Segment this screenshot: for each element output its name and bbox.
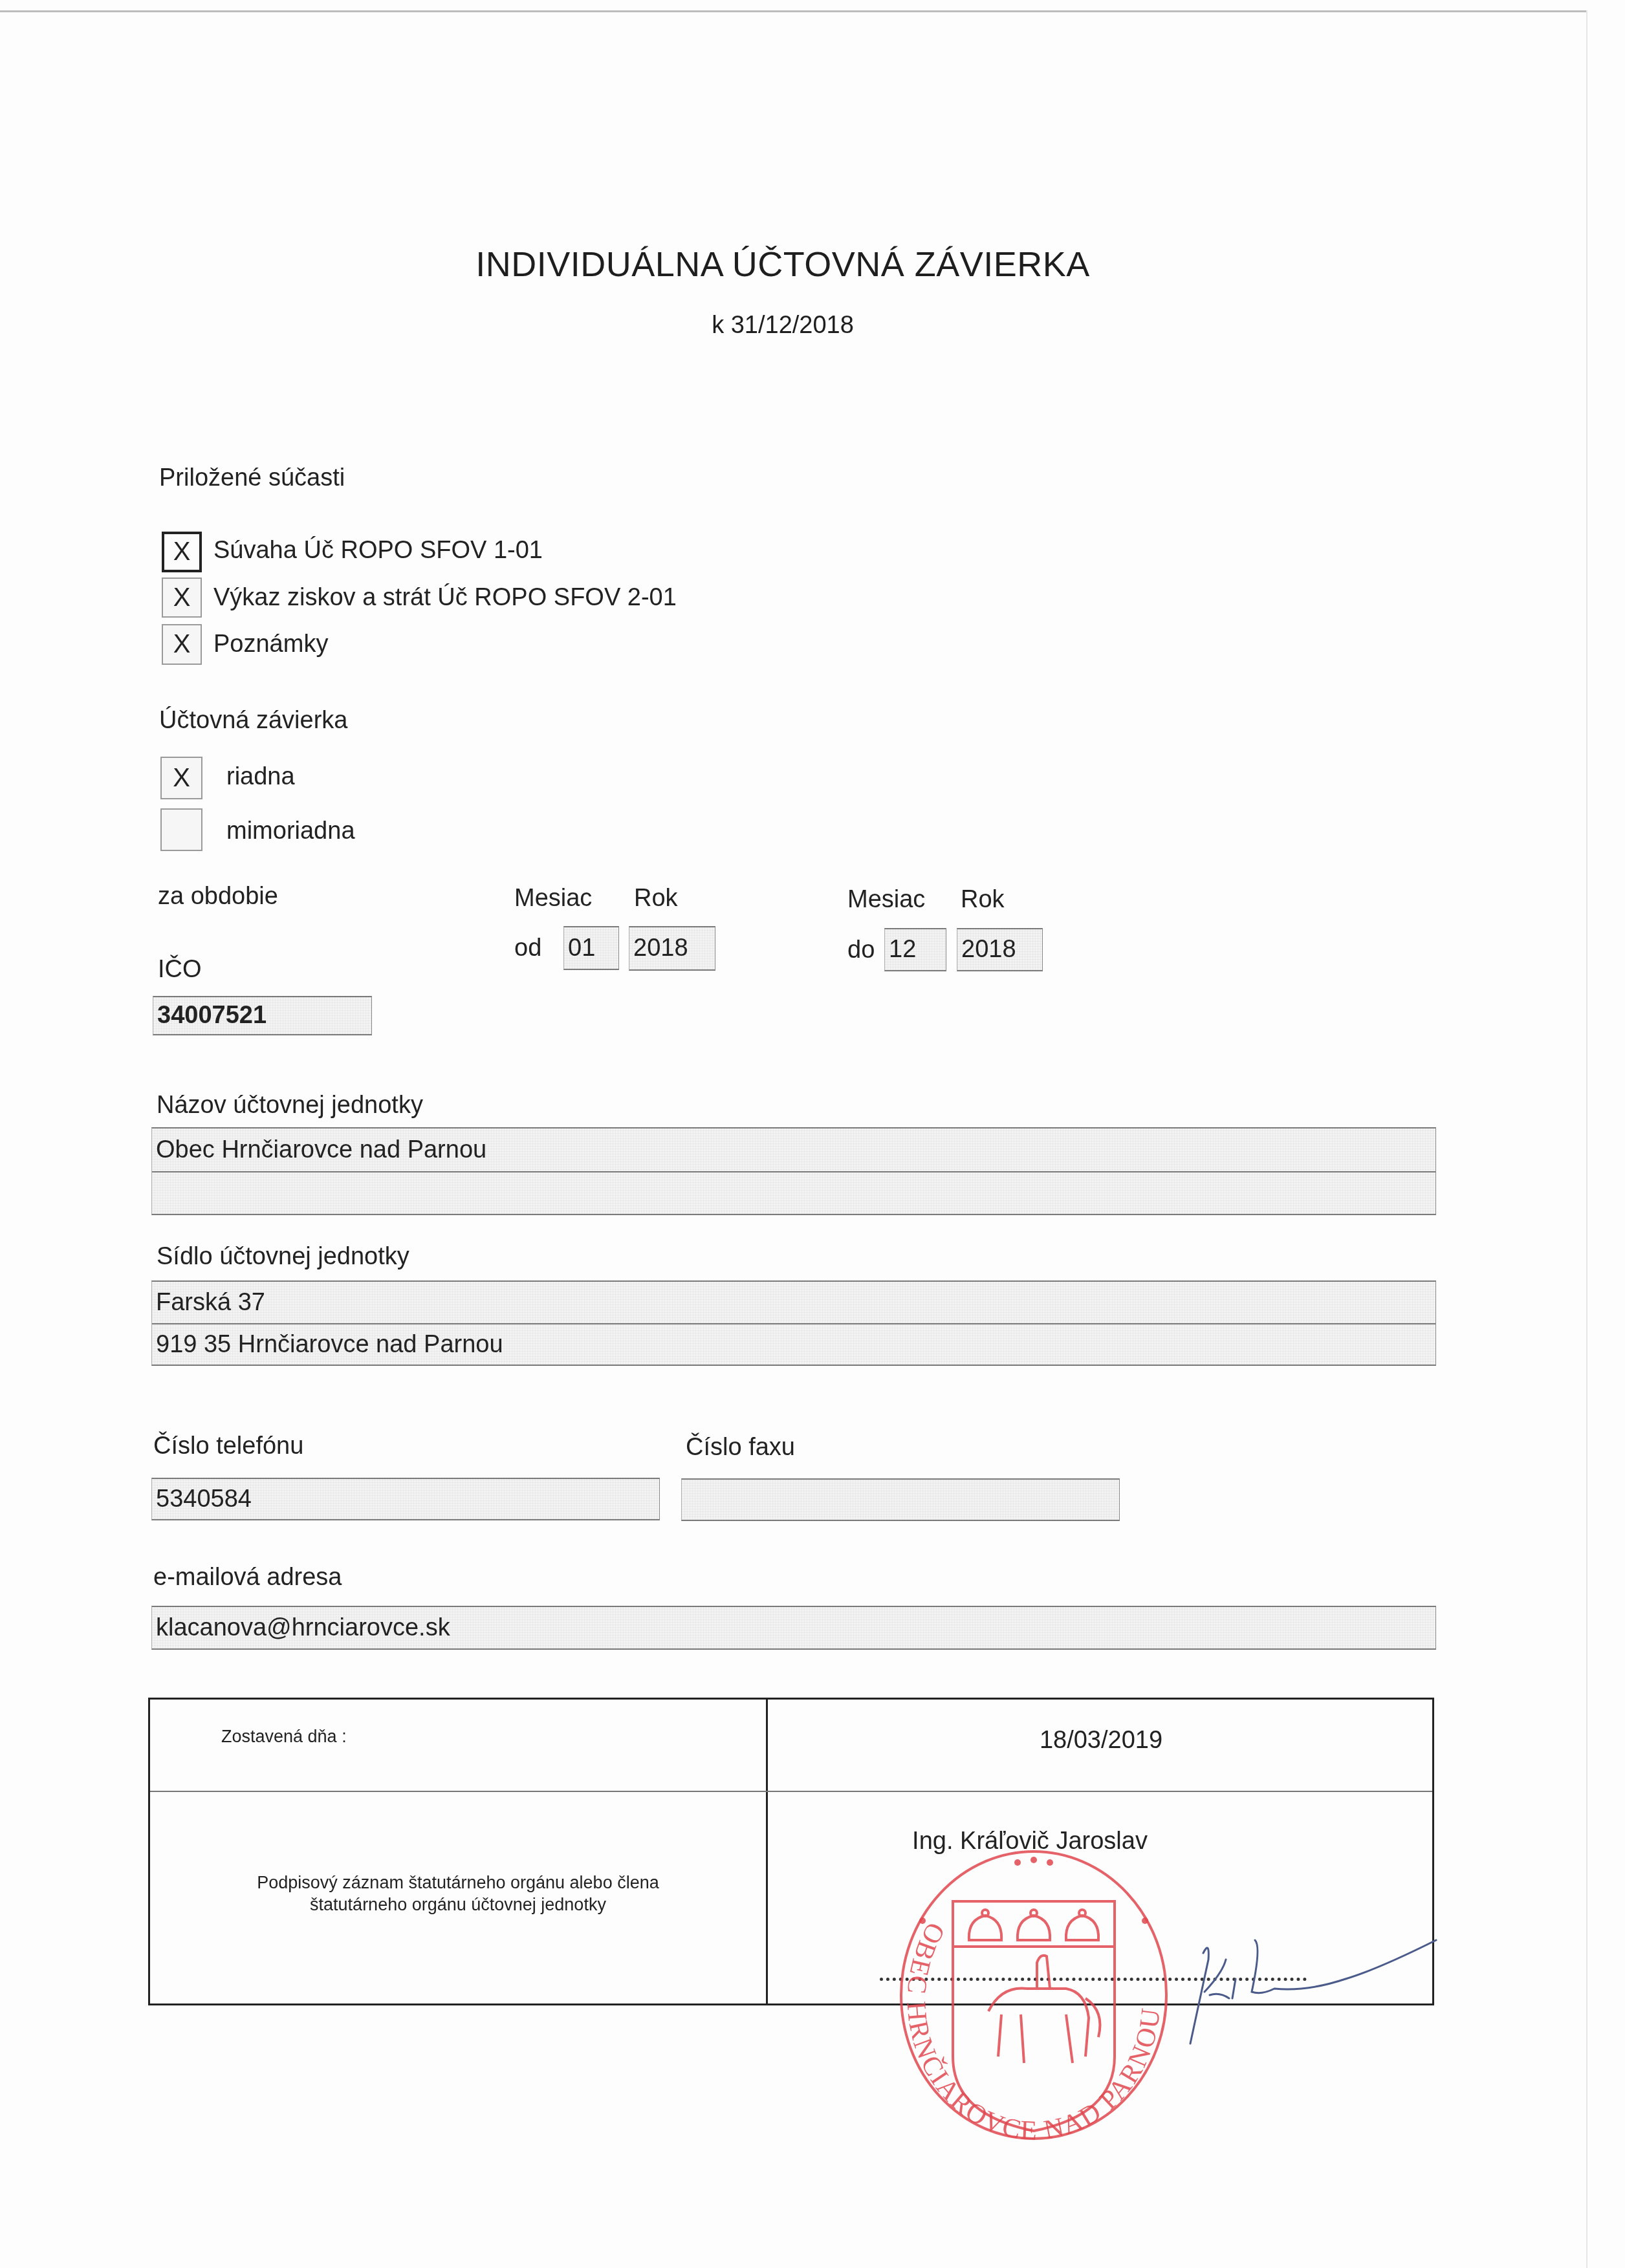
from-prefix: od	[514, 934, 541, 962]
signature-table: Zostavená dňa : 18/03/2019 Podpisový záz…	[148, 1698, 1434, 2005]
entity-name-field[interactable]: Obec Hrnčiarovce nad Parnou	[151, 1127, 1436, 1215]
page-edge-right	[1586, 10, 1587, 2268]
signature-caption-line1: Podpisový záznam štatutárneho orgánu ale…	[150, 1873, 766, 1893]
checkbox-vykaz[interactable]: X	[162, 578, 202, 618]
checkbox-mimoriadna[interactable]	[160, 808, 202, 851]
to-month-header: Mesiac	[847, 886, 925, 914]
entity-seat-line2[interactable]: 919 35 Hrnčiarovce nad Parnou	[152, 1323, 1435, 1365]
table-row-divider	[150, 1791, 1432, 1792]
checkbox-mimoriadna-label: mimoriadna	[226, 817, 355, 845]
phone-label: Číslo telefónu	[153, 1432, 303, 1460]
email-label: e-mailová adresa	[153, 1564, 342, 1592]
page-edge-top	[0, 10, 1586, 12]
entity-name-line2[interactable]	[152, 1171, 1435, 1214]
entity-seat-line1[interactable]: Farská 37	[152, 1282, 1435, 1323]
from-month-field[interactable]: 01	[563, 926, 619, 970]
entity-name-label: Názov účtovnej jednotky	[157, 1092, 423, 1119]
checkbox-poznamky-label: Poznámky	[213, 631, 328, 658]
attachments-heading: Priložené súčasti	[159, 464, 345, 492]
from-month-header: Mesiac	[514, 885, 592, 913]
phone-field[interactable]: 5340584	[151, 1478, 660, 1520]
statement-type-heading: Účtovná závierka	[159, 707, 347, 735]
checkbox-riadna[interactable]: X	[160, 757, 202, 799]
signature-caption-line2: štatutárneho orgánu účtovnej jednotky	[150, 1895, 766, 1915]
period-label: za obdobie	[158, 883, 278, 911]
email-field[interactable]: klacanova@hrnciarovce.sk	[151, 1606, 1436, 1650]
document-title: INDIVIDUÁLNA ÚČTOVNÁ ZÁVIERKA	[0, 244, 1565, 285]
checkbox-suvaha-label: Súvaha Úč ROPO SFOV 1-01	[213, 537, 543, 565]
fax-label: Číslo faxu	[686, 1434, 795, 1462]
ico-field[interactable]: 34007521	[153, 996, 372, 1035]
from-year-header: Rok	[634, 885, 678, 913]
entity-seat-field[interactable]: Farská 37 919 35 Hrnčiarovce nad Parnou	[151, 1280, 1436, 1366]
as-of-date: k 31/12/2018	[0, 312, 1565, 340]
compiled-date-value: 18/03/2019	[768, 1727, 1434, 1755]
fax-field[interactable]	[681, 1478, 1120, 1521]
checkbox-poznamky[interactable]: X	[162, 624, 202, 665]
ico-label: IČO	[158, 956, 202, 984]
to-prefix: do	[847, 936, 875, 964]
entity-name-line1[interactable]: Obec Hrnčiarovce nad Parnou	[152, 1129, 1435, 1171]
checkbox-vykaz-label: Výkaz ziskov a strát Úč ROPO SFOV 2-01	[213, 584, 677, 612]
signatory-name: Ing. Kráľovič Jaroslav	[768, 1828, 1292, 1855]
to-month-field[interactable]: 12	[884, 928, 946, 971]
entity-seat-label: Sídlo účtovnej jednotky	[157, 1243, 409, 1271]
from-year-field[interactable]: 2018	[629, 926, 715, 971]
checkbox-suvaha[interactable]: X	[162, 532, 202, 572]
signature-dotted-line	[880, 1978, 1307, 1981]
compiled-date-label: Zostavená dňa :	[221, 1727, 347, 1747]
to-year-header: Rok	[961, 886, 1005, 914]
checkbox-riadna-label: riadna	[226, 763, 295, 791]
to-year-field[interactable]: 2018	[957, 928, 1043, 971]
